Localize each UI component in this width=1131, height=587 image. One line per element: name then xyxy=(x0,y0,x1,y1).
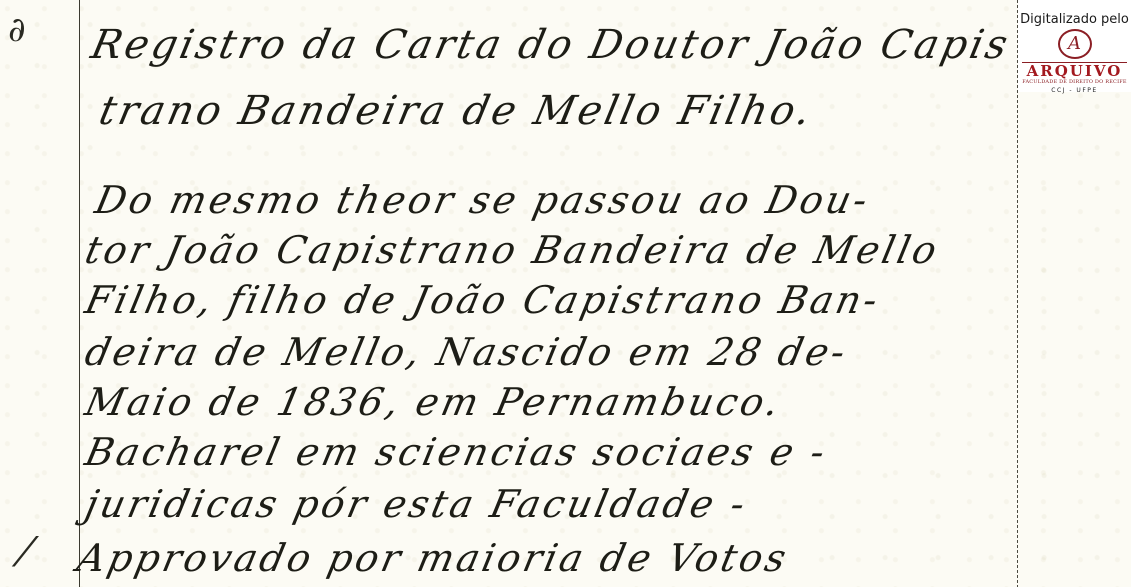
margin-flourish-top: ∂ xyxy=(8,10,26,50)
watermark-label: Digitalizado pelo xyxy=(1018,13,1131,27)
document-body-line-2: tor João Capistrano Bandeira de Mello xyxy=(81,228,943,272)
document-body-line-6: Bacharel em sciencias sociaes e - xyxy=(81,430,831,474)
document-title-line-2: trano Bandeira de Mello Filho. xyxy=(95,88,817,134)
left-margin-rule xyxy=(79,0,80,587)
document-body-line-7: juridicas pór esta Faculdade - xyxy=(81,482,751,526)
document-body-line-3: Filho, filho de João Capistrano Ban- xyxy=(81,278,884,322)
digitization-watermark: Digitalizado pelo A ARQUIVO FACULDADE DE… xyxy=(1018,0,1131,92)
document-title-line-1: Registro da Carta do Doutor João Capis xyxy=(87,22,1014,68)
watermark-name: ARQUIVO xyxy=(1022,62,1127,79)
document-body-line-8: Approvado por maioria de Votos xyxy=(73,536,792,580)
document-body-line-1: Do mesmo theor se passou ao Dou- xyxy=(91,178,874,222)
arquivo-emblem-icon: A xyxy=(1058,29,1092,59)
scanned-document-page: ∂ ⁄ Registro da Carta do Doutor João Cap… xyxy=(0,0,1131,587)
watermark-subtitle: FACULDADE DE DIREITO DO RECIFE xyxy=(1018,79,1131,86)
document-body-line-4: deira de Mello, Nascido em 28 de- xyxy=(81,330,852,374)
watermark-affiliation: CCJ - UFPE xyxy=(1018,86,1131,95)
margin-flourish-bottom: ⁄ xyxy=(22,530,29,576)
document-body-line-5: Maio de 1836, em Pernambuco. xyxy=(81,380,785,424)
